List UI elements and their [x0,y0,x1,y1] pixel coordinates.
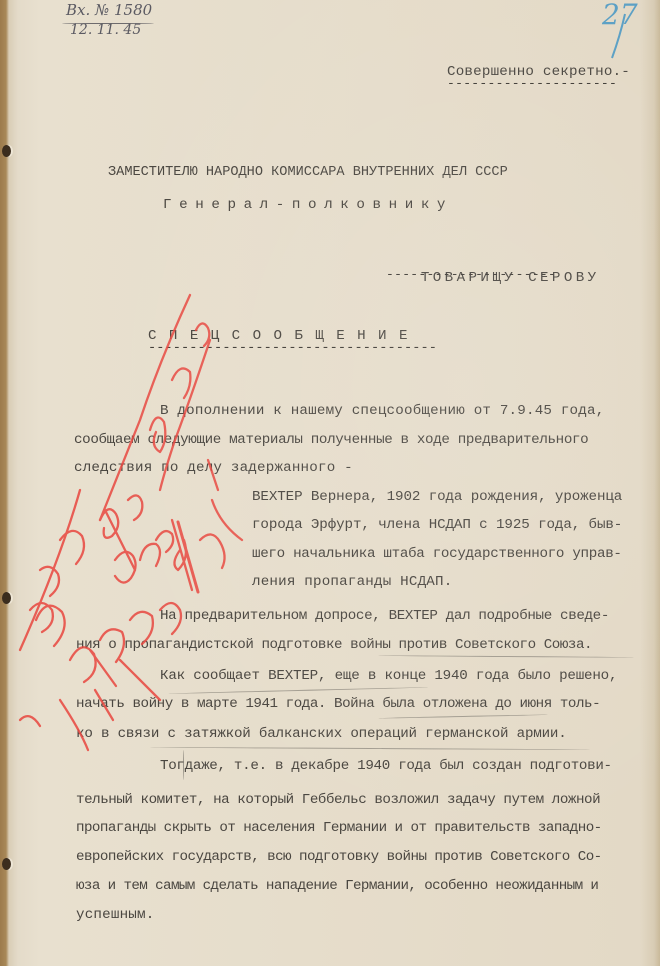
red-pencil-resolution-icon [0,0,660,966]
archive-document-page: Вх. № 1580 12. 11. 45 27 Совершенно секр… [0,0,660,966]
